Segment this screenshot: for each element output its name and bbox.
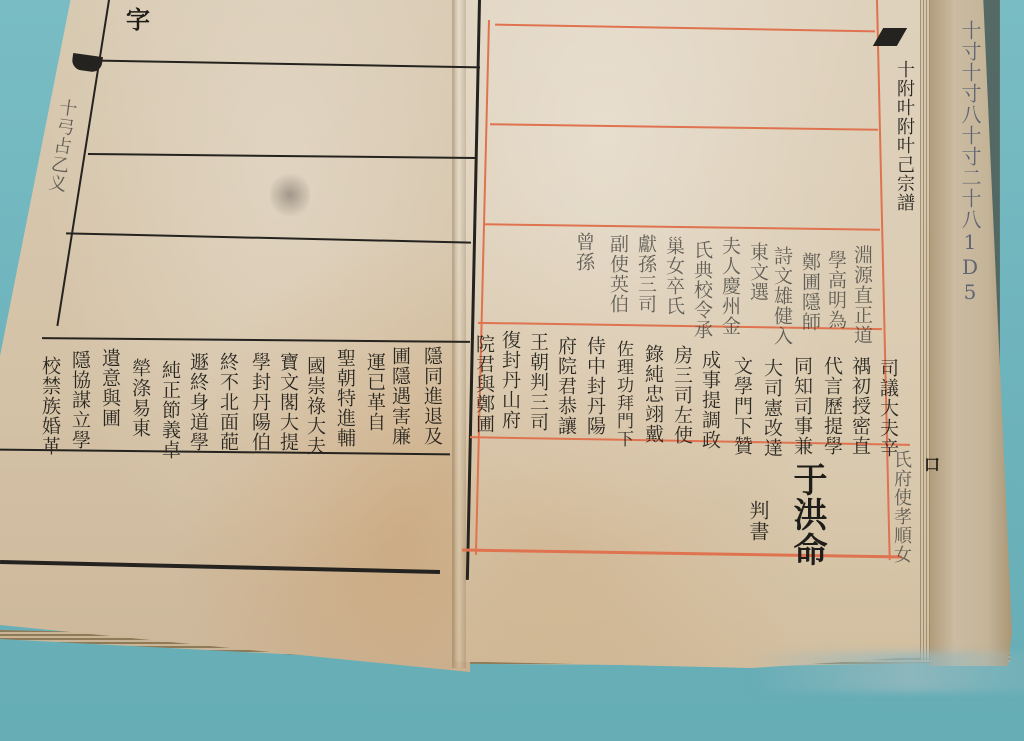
right-upper-column-2: 學高明為 (826, 250, 845, 330)
right-upper-column-5: 東文選 (748, 242, 767, 302)
left-column-4: 聖朝特進輔 (335, 348, 354, 448)
left-column-13: 隱協謀立學 (70, 350, 89, 450)
right-upper-column-3: 鄭圃隱師 (800, 252, 819, 332)
right-lower-column-11: 侍中封丹陽 (585, 336, 604, 436)
right-lower-column-1: 司議大夫辛 (878, 358, 897, 458)
annotation-small-text: 氏府使孝順女 (892, 450, 910, 564)
left-column-8: 終不北面葩 (218, 352, 237, 452)
ink-stain (270, 170, 310, 220)
right-lower-column-2: 禑初授密直 (850, 356, 869, 456)
left-column-5: 國崇祿大夫 (305, 356, 324, 456)
right-lower-column-12: 府院君恭讓 (556, 336, 575, 436)
right-upper-column-11: 曾孫 (574, 232, 593, 272)
right-upper-column-4: 詩文雄健入 (772, 246, 791, 346)
left-column-2: 圃隱遇害廉 (390, 346, 409, 446)
right-lower-column-4: 同知司事兼 (792, 356, 811, 456)
left-column-6: 寶文閣大提 (278, 352, 297, 452)
right-upper-column-9: 獻孫三司 (636, 234, 655, 314)
left-column-14: 校禁族婚革 (40, 356, 59, 456)
right-lower-column-8: 房三司左使 (672, 345, 691, 445)
right-lower-column-6: 文學門下贊 (732, 356, 751, 456)
right-lower-column-13: 王朝判三司 (528, 332, 547, 432)
left-column-11: 犖涤易東 (130, 358, 149, 438)
book-gutter (452, 0, 466, 668)
page-stack-edge-text: 十寸十寸八十寸二十八1D5 (960, 20, 980, 305)
sub-label: 判書 (748, 500, 768, 542)
header-character: 字 (126, 0, 150, 35)
left-column-3: 運已革自 (365, 352, 384, 432)
right-lower-column-7: 成事提調政 (700, 350, 719, 450)
right-upper-column-8: 巢女卒氏 (664, 236, 683, 316)
right-lower-column-14: 復封丹山府 (500, 330, 519, 430)
right-upper-column-7: 氏典校令承 (692, 240, 711, 340)
right-upper-column-1: 淵源直正道 (852, 245, 871, 345)
main-name: 于洪命 (790, 462, 824, 567)
right-lower-column-15: 院君與鄭圃 (474, 334, 493, 434)
left-column-12: 遺意與圃 (100, 348, 119, 428)
right-upper-column-6: 夫人慶州金 (720, 236, 739, 336)
left-column-9: 遯終身道學 (188, 352, 207, 452)
right-lower-column-10: 佐理功拜門下 (614, 340, 631, 448)
spine-title: 十附叶附叶己宗譜 (895, 60, 913, 212)
photo-scene: 字 十弓占乙义 隱同進退及 圃隱遇害廉 運已革自 聖朝特進輔 國崇祿大夫 寶文閣… (0, 0, 1024, 741)
right-lower-column-9: 錄純忠翊戴 (643, 344, 662, 444)
left-column-10: 純正節義卓 (160, 360, 179, 460)
edge-mark: 口 (924, 452, 940, 475)
right-upper-column-10: 副使英伯 (608, 234, 627, 314)
motion-blur-patch (750, 652, 1024, 692)
right-lower-column-5: 大司憲改達 (762, 358, 781, 458)
left-column-1: 隱同進退及 (422, 346, 441, 446)
left-column-7: 學封丹陽伯 (250, 352, 269, 452)
right-lower-column-3: 代言歷提學 (822, 356, 841, 456)
